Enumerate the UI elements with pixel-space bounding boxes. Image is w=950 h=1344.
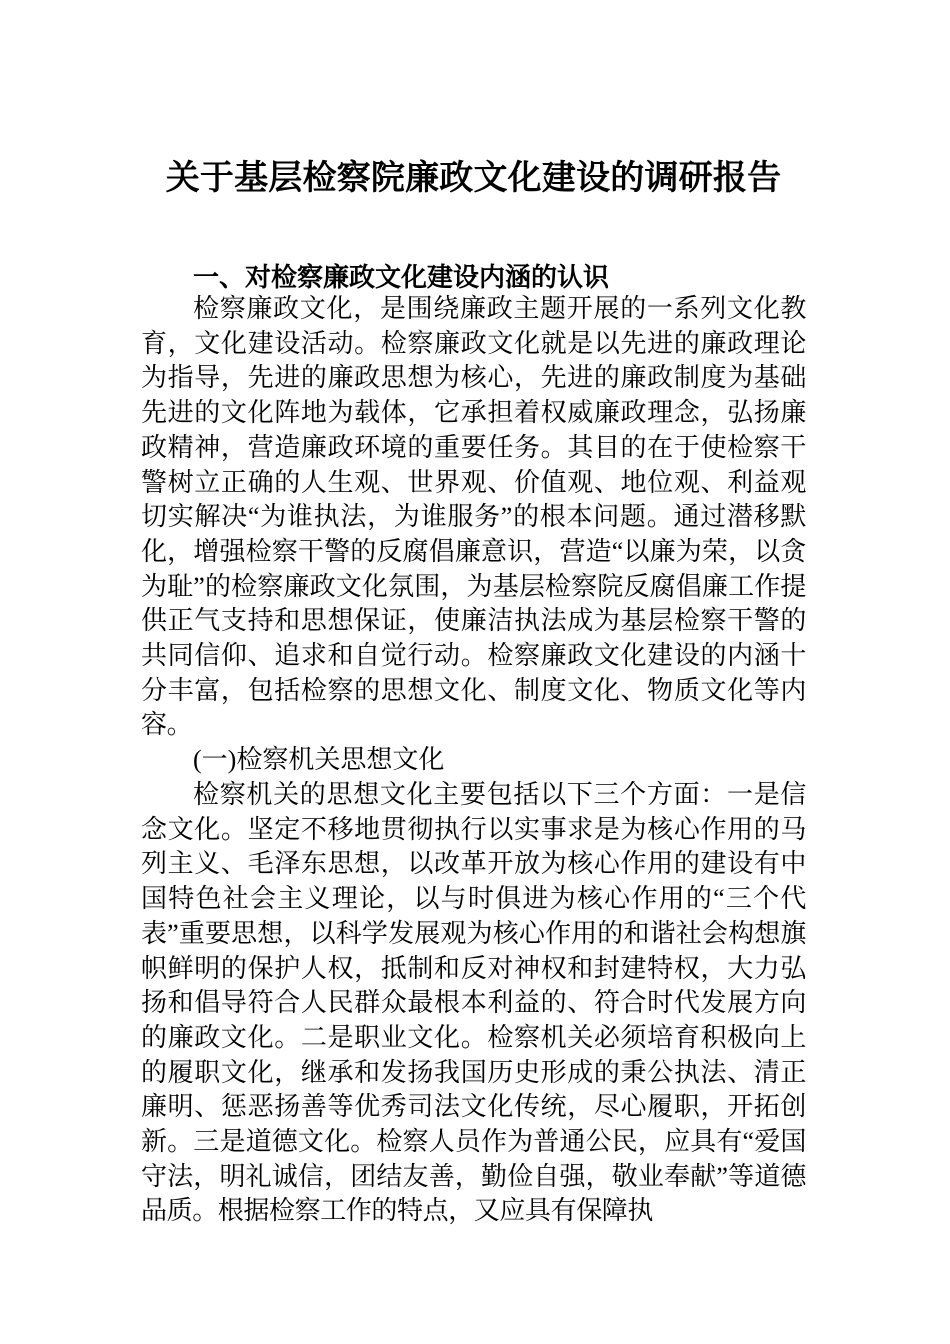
subsection-heading: (一)检察机关思想文化 — [141, 743, 806, 778]
section-heading: 一、对检察廉政文化建设内涵的认识 — [141, 259, 806, 295]
paragraph: 检察机关的思想文化主要包括以下三个方面：一是信念文化。坚定不移地贯彻执行以实事求… — [141, 778, 806, 1229]
paragraph: 检察廉政文化，是围绕廉政主题开展的一系列文化教育，文化建设活动。检察廉政文化就是… — [141, 292, 806, 743]
document-page: 关于基层检察院廉政文化建设的调研报告 一、对检察廉政文化建设内涵的认识 检察廉政… — [0, 0, 950, 1344]
document-title: 关于基层检察院廉政文化建设的调研报告 — [141, 156, 806, 202]
